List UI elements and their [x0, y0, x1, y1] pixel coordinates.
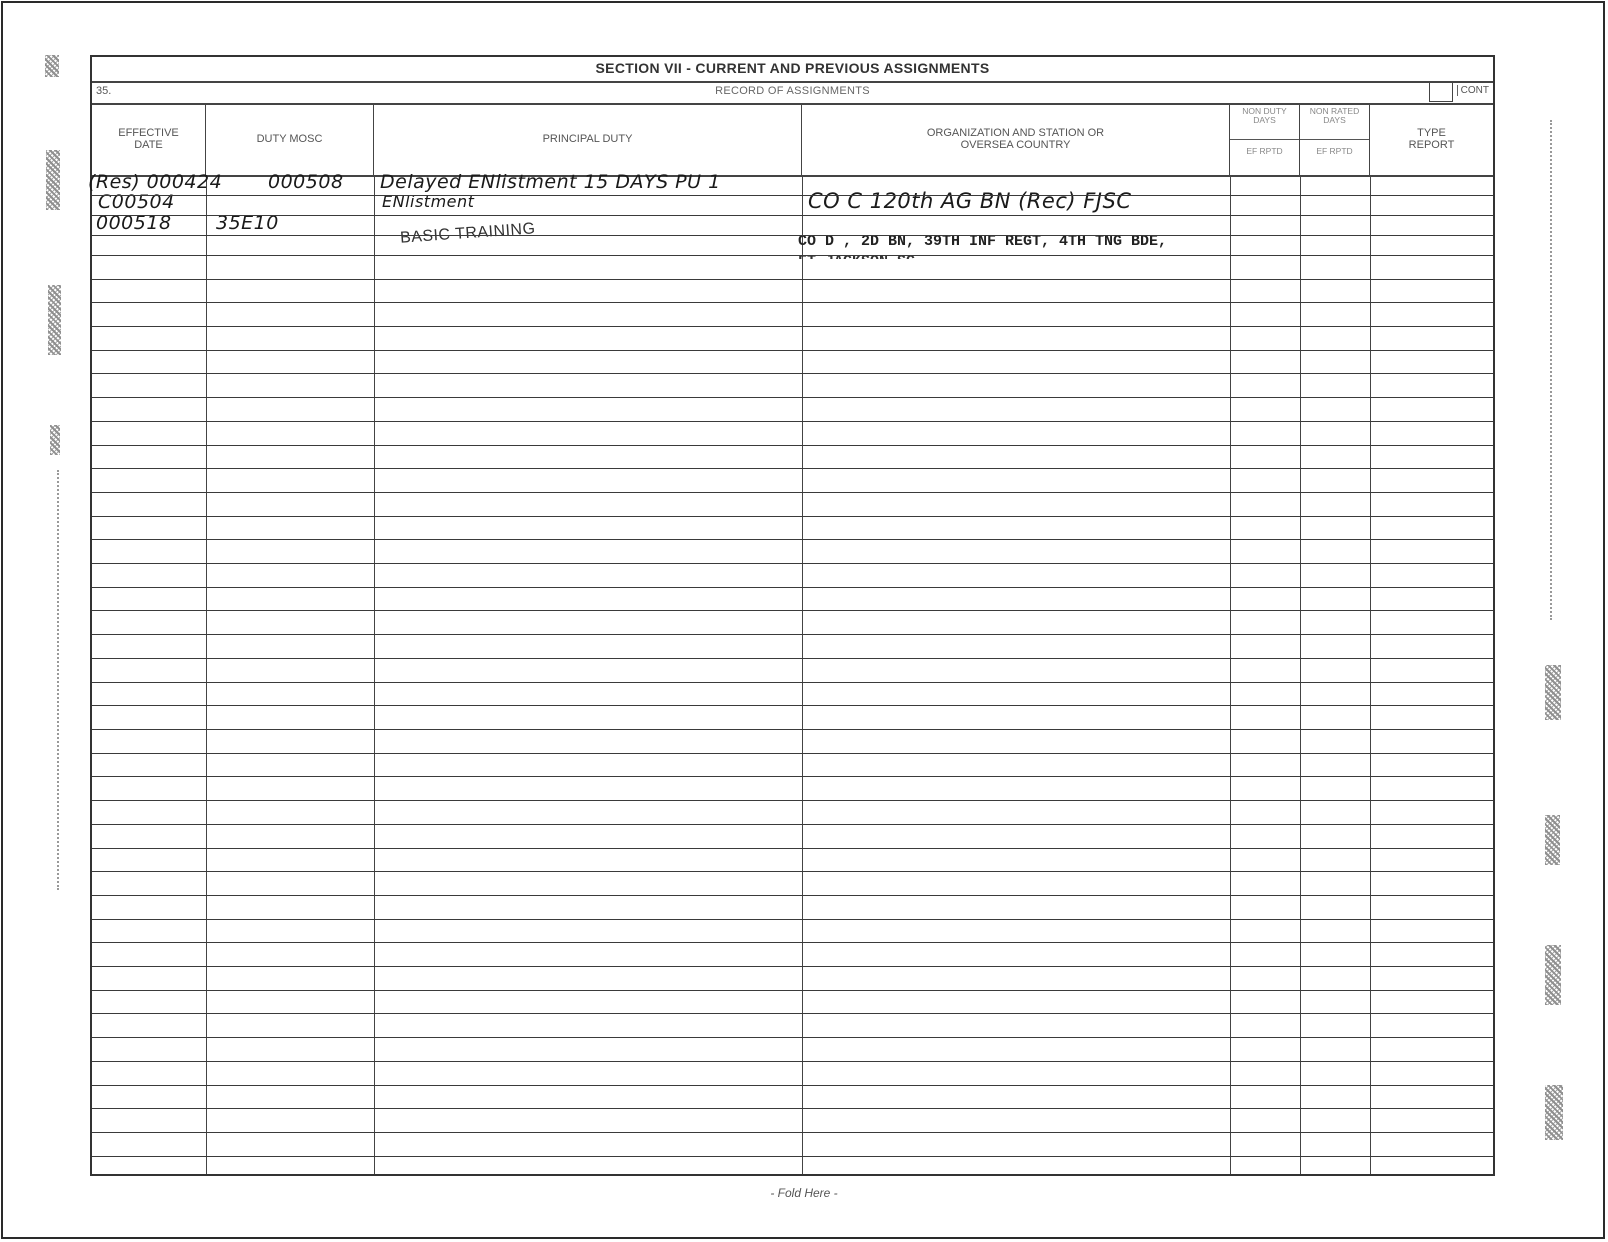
scan-artifact	[1550, 120, 1553, 620]
row-divider	[92, 1108, 1493, 1109]
row-divider	[92, 468, 1493, 469]
scan-artifact	[1545, 945, 1561, 1005]
header-non-rated-days: NON RATED DAYS EF RPTD	[1300, 103, 1370, 175]
record-header: 35. RECORD OF ASSIGNMENTS CONT	[92, 81, 1493, 105]
effective-date-cell: (Res) 000424	[88, 171, 222, 193]
column-divider	[802, 175, 803, 1174]
row-divider	[92, 1061, 1493, 1062]
row-divider	[92, 1132, 1493, 1133]
principal-duty-cell: Delayed ENlistment 15 DAYS PU 1	[380, 171, 721, 193]
row-divider	[92, 445, 1493, 446]
cont-checkbox[interactable]	[1429, 82, 1453, 102]
row-divider	[92, 516, 1493, 517]
row-divider	[92, 1013, 1493, 1014]
row-divider	[92, 824, 1493, 825]
header-type-report: TYPE REPORT	[1370, 103, 1493, 175]
row-divider	[92, 705, 1493, 706]
row-divider	[92, 195, 1493, 196]
row-divider	[92, 302, 1493, 303]
cont-label: CONT	[1457, 85, 1489, 96]
row-divider	[92, 397, 1493, 398]
column-divider	[1370, 175, 1371, 1174]
column-headers: EFFECTIVE DATE DUTY MOSC PRINCIPAL DUTY …	[92, 103, 1493, 177]
row-divider	[92, 279, 1493, 280]
row-divider	[92, 539, 1493, 540]
row-divider	[92, 990, 1493, 991]
row-divider	[92, 373, 1493, 374]
section-header: SECTION VII - CURRENT AND PREVIOUS ASSIG…	[92, 57, 1493, 83]
principal-duty-stamp: BASIC TRAINING	[400, 220, 537, 247]
row-divider	[92, 421, 1493, 422]
header-non-duty-days: NON DUTY DAYS EF RPTD	[1230, 103, 1300, 175]
scan-artifact	[46, 150, 60, 210]
row-divider	[92, 1156, 1493, 1157]
scan-artifact	[1545, 815, 1560, 865]
column-divider	[206, 175, 207, 1174]
row-divider	[92, 729, 1493, 730]
record-of-assignments-form: SECTION VII - CURRENT AND PREVIOUS ASSIG…	[90, 55, 1495, 1176]
row-divider	[92, 895, 1493, 896]
row-divider	[92, 563, 1493, 564]
header-organization: ORGANIZATION AND STATION OR OVERSEA COUN…	[802, 103, 1230, 175]
row-divider	[92, 610, 1493, 611]
scan-artifact	[1545, 665, 1561, 720]
row-divider	[92, 919, 1493, 920]
row-divider	[92, 682, 1493, 683]
row-divider	[92, 871, 1493, 872]
duty-mosc-cell: 000508	[268, 171, 344, 193]
row-divider	[92, 492, 1493, 493]
header-principal-duty: PRINCIPAL DUTY	[374, 103, 802, 175]
fold-here-label: - Fold Here -	[0, 1186, 1608, 1200]
scan-artifact	[48, 285, 61, 355]
column-divider	[1300, 175, 1301, 1174]
record-title: RECORD OF ASSIGNMENTS	[92, 85, 1493, 97]
row-divider	[92, 753, 1493, 754]
row-divider	[92, 235, 1493, 236]
scan-artifact	[1545, 1085, 1563, 1140]
row-divider	[92, 848, 1493, 849]
row-divider	[92, 587, 1493, 588]
row-divider	[92, 634, 1493, 635]
scan-artifact	[50, 425, 60, 455]
header-effective-date: EFFECTIVE DATE	[92, 103, 206, 175]
row-divider	[92, 776, 1493, 777]
column-divider	[1230, 175, 1231, 1174]
row-divider	[92, 800, 1493, 801]
row-divider	[92, 1037, 1493, 1038]
row-divider	[92, 658, 1493, 659]
organization-cell: CO C 120th AG BN (Rec) FJSC	[808, 189, 1132, 213]
organization-continued-cell: FT JACKSON SC	[798, 253, 915, 259]
scan-artifact	[45, 55, 59, 77]
row-divider	[92, 350, 1493, 351]
header-duty-mosc: DUTY MOSC	[206, 103, 374, 175]
scan-artifact	[57, 470, 60, 890]
row-divider	[92, 1085, 1493, 1086]
assignments-table-body: (Res) 000424 000508 Delayed ENlistment 1…	[92, 175, 1493, 1174]
row-divider	[92, 326, 1493, 327]
column-divider	[374, 175, 375, 1174]
row-divider	[92, 942, 1493, 943]
row-divider	[92, 215, 1493, 216]
row-divider	[92, 966, 1493, 967]
row-divider	[92, 255, 1493, 256]
section-title: SECTION VII - CURRENT AND PREVIOUS ASSIG…	[92, 60, 1493, 76]
